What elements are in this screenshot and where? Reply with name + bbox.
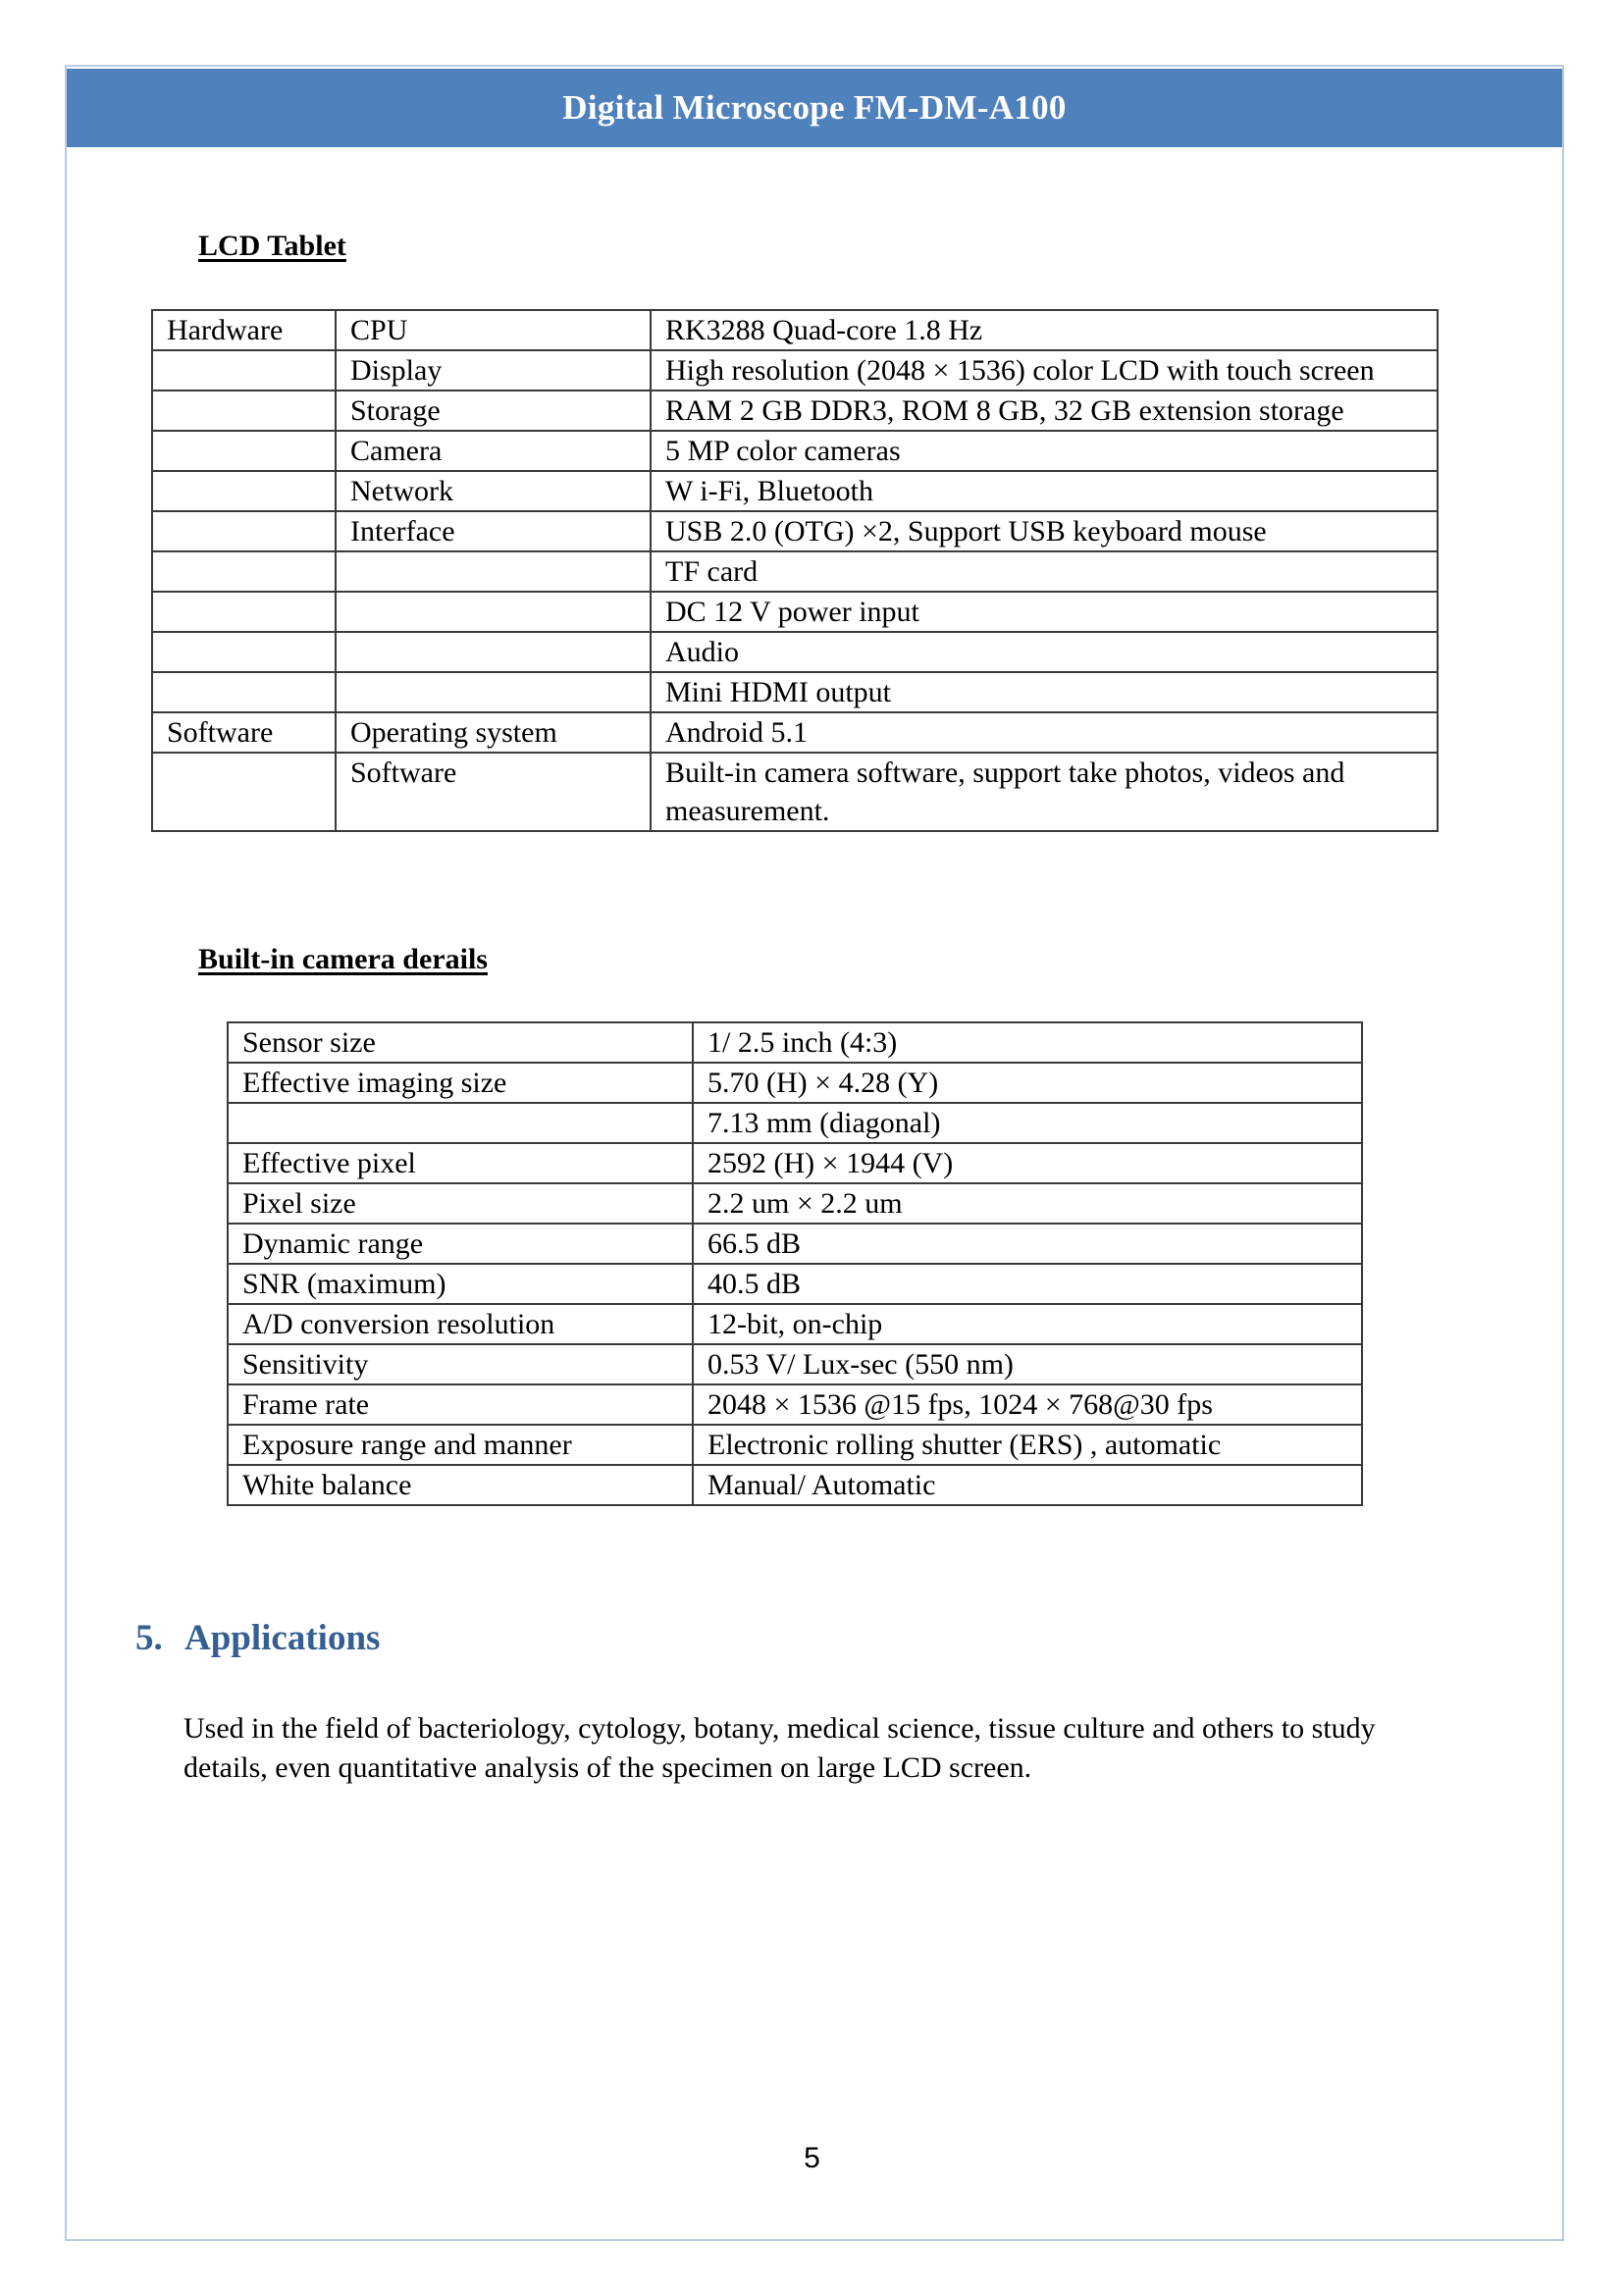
cell-value: RK3288 Quad-core 1.8 Hz bbox=[651, 310, 1438, 350]
lcd-spec-row: NetworkW i-Fi, Bluetooth bbox=[152, 471, 1438, 511]
camera-spec-row: Dynamic range66.5 dB bbox=[228, 1224, 1362, 1264]
cell-value: USB 2.0 (OTG) ×2, Support USB keyboard m… bbox=[651, 511, 1438, 551]
page-number: 5 bbox=[0, 2142, 1624, 2175]
lcd-spec-row: SoftwareBuilt-in camera software, suppor… bbox=[152, 753, 1438, 831]
camera-spec-row: Frame rate2048 × 1536 @15 fps, 1024 × 76… bbox=[228, 1384, 1362, 1425]
section-number: 5. bbox=[135, 1617, 184, 1659]
applications-paragraph: Used in the field of bacteriology, cytol… bbox=[183, 1709, 1420, 1788]
camera-spec-row: Effective imaging size5.70 (H) × 4.28 (Y… bbox=[228, 1063, 1362, 1103]
cell-value: 2592 (H) × 1944 (V) bbox=[693, 1143, 1362, 1183]
cell-category: Software bbox=[152, 712, 336, 753]
cell-value: Manual/ Automatic bbox=[693, 1465, 1362, 1505]
cell-value: 1/ 2.5 inch (4:3) bbox=[693, 1022, 1362, 1063]
header-band: Digital Microscope FM-DM-A100 bbox=[67, 69, 1562, 147]
lcd-spec-row: StorageRAM 2 GB DDR3, ROM 8 GB, 32 GB ex… bbox=[152, 391, 1438, 431]
cell-value: Mini HDMI output bbox=[651, 672, 1438, 712]
cell-value: High resolution (2048 × 1536) color LCD … bbox=[651, 350, 1438, 391]
cell-value: DC 12 V power input bbox=[651, 592, 1438, 632]
cell-category bbox=[152, 391, 336, 431]
cell-value: 5.70 (H) × 4.28 (Y) bbox=[693, 1063, 1362, 1103]
cell-label: White balance bbox=[228, 1465, 693, 1505]
lcd-spec-row: DC 12 V power input bbox=[152, 592, 1438, 632]
cell-value: 0.53 V/ Lux-sec (550 nm) bbox=[693, 1344, 1362, 1384]
lcd-spec-row: InterfaceUSB 2.0 (OTG) ×2, Support USB k… bbox=[152, 511, 1438, 551]
cell-value: 40.5 dB bbox=[693, 1264, 1362, 1304]
camera-spec-row: Exposure range and mannerElectronic roll… bbox=[228, 1425, 1362, 1465]
cell-item: Software bbox=[336, 753, 651, 831]
camera-spec-row: Sensitivity0.53 V/ Lux-sec (550 nm) bbox=[228, 1344, 1362, 1384]
cell-item bbox=[336, 672, 651, 712]
cell-category bbox=[152, 551, 336, 592]
cell-value: Electronic rolling shutter (ERS) , autom… bbox=[693, 1425, 1362, 1465]
applications-heading: 5.Applications bbox=[135, 1617, 380, 1659]
cell-category bbox=[152, 753, 336, 831]
cell-label: Sensor size bbox=[228, 1022, 693, 1063]
cell-item: Camera bbox=[336, 431, 651, 471]
camera-spec-row: 7.13 mm (diagonal) bbox=[228, 1103, 1362, 1143]
cell-category bbox=[152, 431, 336, 471]
camera-spec-row: Pixel size2.2 um × 2.2 um bbox=[228, 1183, 1362, 1224]
cell-label: Effective pixel bbox=[228, 1143, 693, 1183]
camera-spec-row: Effective pixel2592 (H) × 1944 (V) bbox=[228, 1143, 1362, 1183]
lcd-spec-row: TF card bbox=[152, 551, 1438, 592]
cell-value: W i-Fi, Bluetooth bbox=[651, 471, 1438, 511]
cell-label: Sensitivity bbox=[228, 1344, 693, 1384]
lcd-spec-row: Audio bbox=[152, 632, 1438, 672]
cell-category bbox=[152, 592, 336, 632]
cell-value: 2048 × 1536 @15 fps, 1024 × 768@30 fps bbox=[693, 1384, 1362, 1425]
cell-value: Android 5.1 bbox=[651, 712, 1438, 753]
cell-value: 66.5 dB bbox=[693, 1224, 1362, 1264]
cell-value: 2.2 um × 2.2 um bbox=[693, 1183, 1362, 1224]
camera-details-spec-table: Sensor size1/ 2.5 inch (4:3)Effective im… bbox=[227, 1021, 1363, 1506]
cell-item: Interface bbox=[336, 511, 651, 551]
document-title: Digital Microscope FM-DM-A100 bbox=[562, 88, 1066, 128]
cell-label bbox=[228, 1103, 693, 1143]
cell-item: CPU bbox=[336, 310, 651, 350]
lcd-spec-row: Camera5 MP color cameras bbox=[152, 431, 1438, 471]
camera-spec-row: SNR (maximum)40.5 dB bbox=[228, 1264, 1362, 1304]
lcd-spec-row: DisplayHigh resolution (2048 × 1536) col… bbox=[152, 350, 1438, 391]
cell-value: 5 MP color cameras bbox=[651, 431, 1438, 471]
cell-item bbox=[336, 632, 651, 672]
lcd-spec-row: SoftwareOperating systemAndroid 5.1 bbox=[152, 712, 1438, 753]
cell-category bbox=[152, 511, 336, 551]
cell-value: 12-bit, on-chip bbox=[693, 1304, 1362, 1344]
cell-item: Storage bbox=[336, 391, 651, 431]
camera-spec-row: White balanceManual/ Automatic bbox=[228, 1465, 1362, 1505]
cell-item: Operating system bbox=[336, 712, 651, 753]
cell-item: Display bbox=[336, 350, 651, 391]
cell-label: A/D conversion resolution bbox=[228, 1304, 693, 1344]
lcd-tablet-spec-table: HardwareCPURK3288 Quad-core 1.8 HzDispla… bbox=[151, 309, 1439, 832]
cell-label: Dynamic range bbox=[228, 1224, 693, 1264]
camera-details-heading: Built-in camera derails bbox=[198, 943, 488, 976]
cell-category bbox=[152, 632, 336, 672]
lcd-spec-row: HardwareCPURK3288 Quad-core 1.8 Hz bbox=[152, 310, 1438, 350]
cell-value: 7.13 mm (diagonal) bbox=[693, 1103, 1362, 1143]
lcd-tablet-heading: LCD Tablet bbox=[198, 230, 346, 263]
cell-label: Effective imaging size bbox=[228, 1063, 693, 1103]
cell-item bbox=[336, 592, 651, 632]
cell-category bbox=[152, 471, 336, 511]
cell-value: TF card bbox=[651, 551, 1438, 592]
camera-spec-row: Sensor size1/ 2.5 inch (4:3) bbox=[228, 1022, 1362, 1063]
section-title: Applications bbox=[184, 1618, 380, 1658]
cell-label: Exposure range and manner bbox=[228, 1425, 693, 1465]
cell-label: Pixel size bbox=[228, 1183, 693, 1224]
cell-category: Hardware bbox=[152, 310, 336, 350]
cell-label: SNR (maximum) bbox=[228, 1264, 693, 1304]
cell-item bbox=[336, 551, 651, 592]
cell-item: Network bbox=[336, 471, 651, 511]
cell-value: RAM 2 GB DDR3, ROM 8 GB, 32 GB extension… bbox=[651, 391, 1438, 431]
camera-spec-row: A/D conversion resolution12-bit, on-chip bbox=[228, 1304, 1362, 1344]
cell-label: Frame rate bbox=[228, 1384, 693, 1425]
cell-category bbox=[152, 672, 336, 712]
cell-category bbox=[152, 350, 336, 391]
cell-value: Built-in camera software, support take p… bbox=[651, 753, 1438, 831]
lcd-spec-row: Mini HDMI output bbox=[152, 672, 1438, 712]
cell-value: Audio bbox=[651, 632, 1438, 672]
